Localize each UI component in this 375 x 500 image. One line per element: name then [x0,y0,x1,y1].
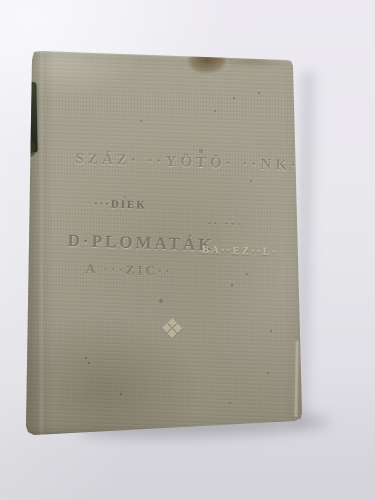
cover-title-line-4b: BA··EZ··L· [202,244,278,258]
cover-title-line-3: ·· ··· [208,218,244,229]
spine-fold-highlight [40,46,43,438]
cover-title-line-5: A ···ZIC·· [85,261,172,280]
spine-fold-shading [24,46,54,438]
cover-specks [24,46,26,48]
cover-stain-smear [229,51,285,69]
cover-title-line-1: SZÁZ· ··YÖTÖ· ··NK·· [75,151,309,175]
photo-background: SZÁZ· ··YÖTÖ· ··NK·· ···DIEK ·· ··· D·PL… [0,0,375,500]
diamond-ornament-icon: ❖ [160,316,185,344]
book-cover: SZÁZ· ··YÖTÖ· ··NK·· ···DIEK ·· ··· D·PL… [24,46,306,438]
cover-title-line-2: ···DIEK [94,198,147,212]
cover-title-line-4: D·PLOMATÁK [67,231,214,256]
page-block-edge [294,341,298,417]
